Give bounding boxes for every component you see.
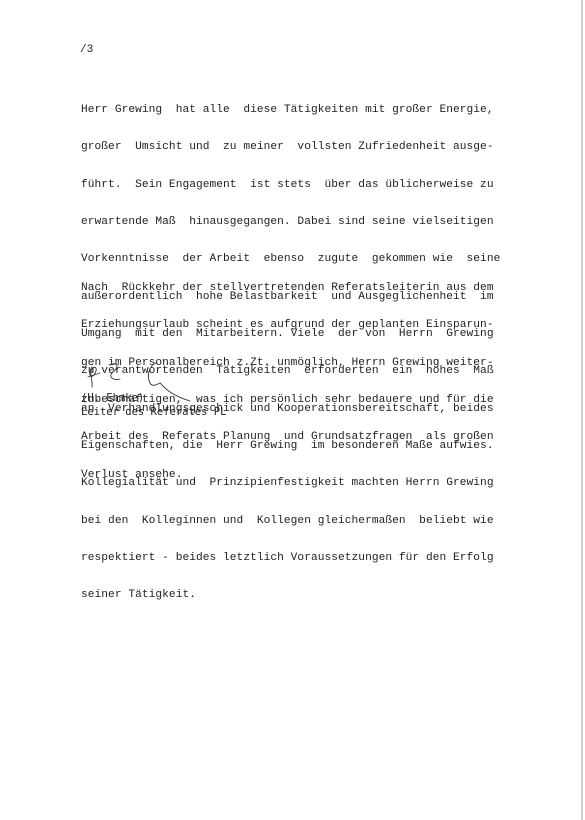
- text-line: respektiert - beides letztlich Vorausset…: [81, 552, 561, 564]
- text-line: Nach Rückkehr der stellvertretenden Refe…: [81, 282, 561, 294]
- text-line: Herr Grewing hat alle diese Tätigkeiten …: [81, 104, 561, 116]
- text-line: Erziehungsurlaub scheint es aufgrund der…: [81, 319, 561, 331]
- text-line: erwartende Maß hinausgegangen. Dabei sin…: [81, 216, 561, 228]
- page-number: /3: [80, 44, 93, 56]
- document-page: /3 Herr Grewing hat alle diese Tätigkeit…: [0, 0, 583, 820]
- signatory-name: (H. Ehmke): [81, 392, 144, 404]
- text-line: bei den Kolleginnen und Kollegen gleiche…: [81, 515, 561, 527]
- text-line: führt. Sein Engagement ist stets über da…: [81, 179, 561, 191]
- text-line: großer Umsicht und zu meiner vollsten Zu…: [81, 141, 561, 153]
- text-line: seiner Tätigkeit.: [81, 589, 561, 601]
- text-line: Verlust ansehe.: [81, 469, 561, 481]
- signatory-title: Leiter des Referates PL: [81, 406, 226, 418]
- text-line: Arbeit des Referats Planung und Grundsat…: [81, 431, 561, 443]
